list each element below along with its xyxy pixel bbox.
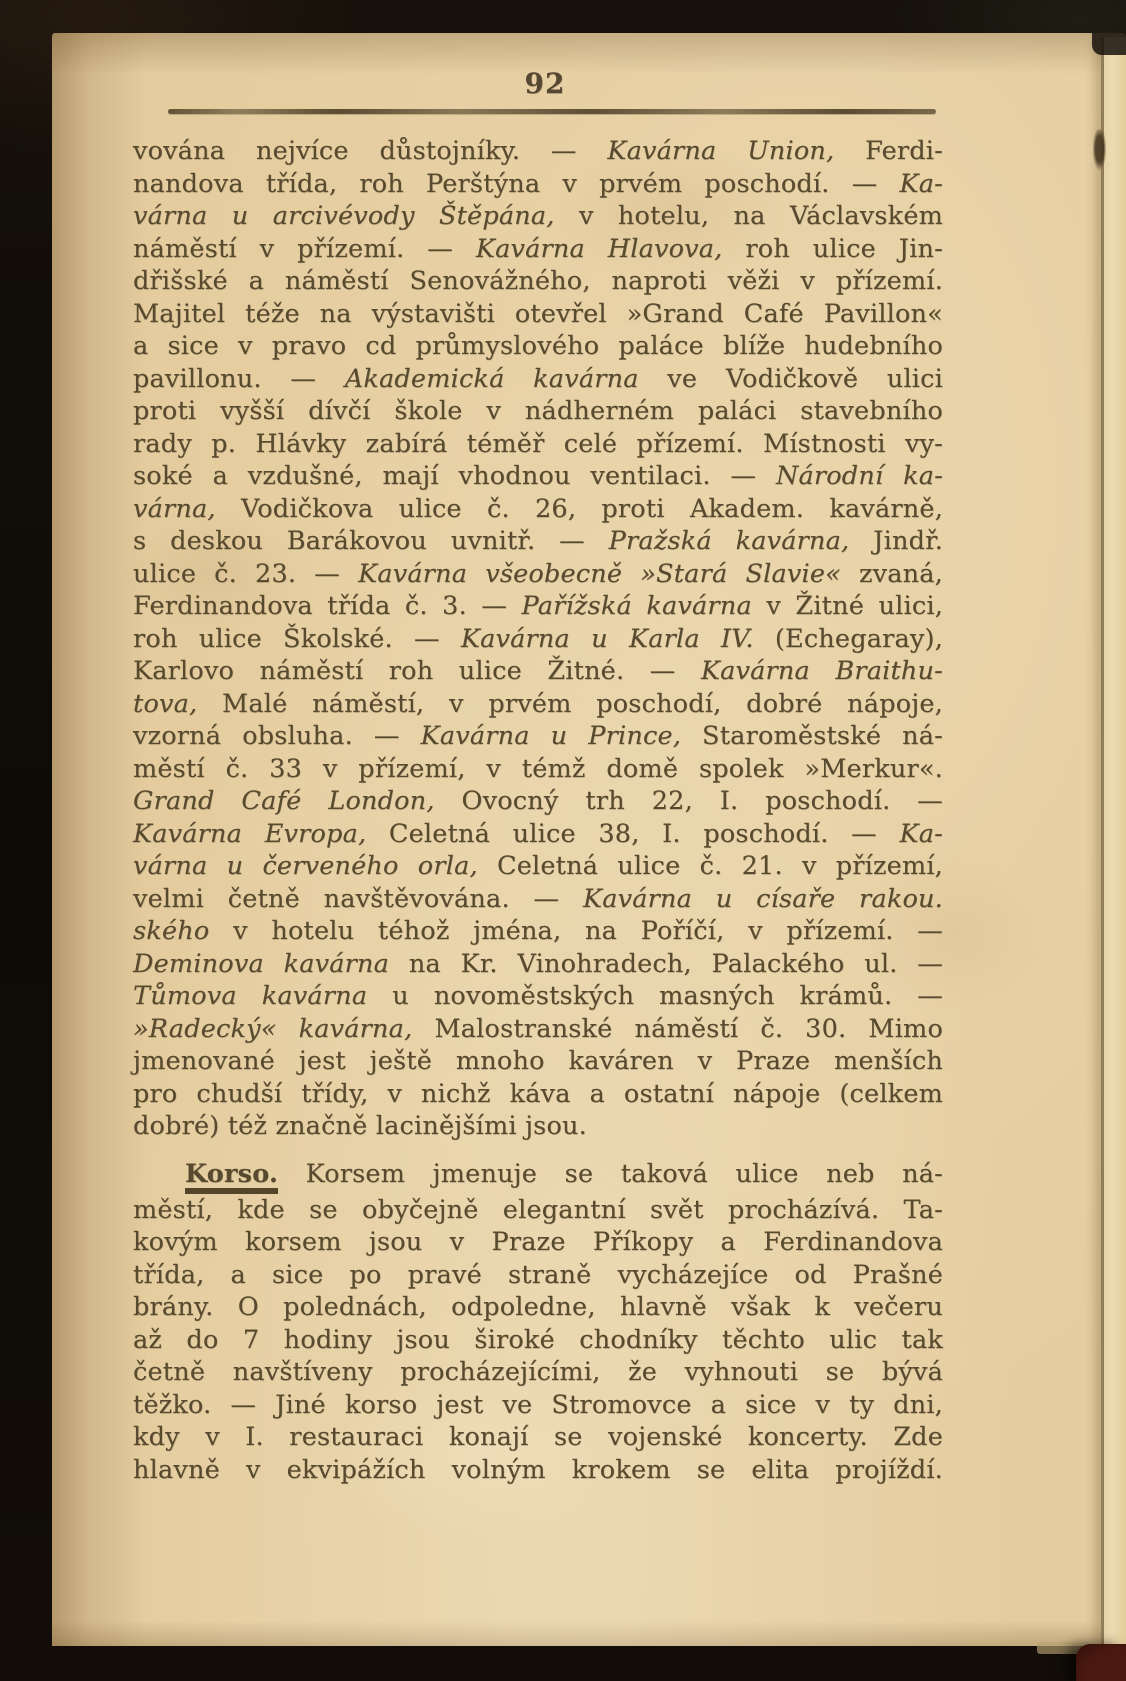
text-segment: nandova třída, roh Perštýna v prvém posc…	[133, 169, 900, 199]
text-line: Karlovo náměstí roh ulice Žitné. — Kavár…	[133, 655, 943, 688]
text-segment-i: Pařížská kavárna	[522, 591, 752, 621]
text-segment: městí č. 33 v přízemí, v témž domě spole…	[133, 754, 943, 784]
text-segment: Staroměstské ná-	[681, 721, 943, 751]
text-segment: Malé náměstí, v prvém poschodí, dobré ná…	[197, 689, 943, 719]
text-segment: Jindř.	[849, 526, 943, 556]
text-segment-i: Kavárna u Karla IV.	[461, 624, 754, 654]
text-segment: roh ulice Jin-	[722, 234, 943, 264]
text-block: vována nejvíce důstojníky. — Kavárna Uni…	[133, 135, 943, 1486]
text-segment: Malostranské náměstí č. 30. Mimo	[412, 1014, 943, 1044]
book-page: 92 vována nejvíce důstojníky. — Kavárna …	[52, 33, 1126, 1646]
text-segment-i: Kavárna Hlavova,	[476, 234, 723, 264]
text-segment: rady p. Hlávky zabírá téměř celé přízemí…	[133, 429, 943, 459]
text-segment: (Echegaray),	[754, 624, 943, 654]
text-segment: ulice č. 23. —	[133, 559, 358, 589]
text-segment-i: Kavárna u císaře rakou.	[583, 884, 943, 914]
text-segment: roh ulice Školské. —	[133, 624, 461, 654]
text-line: Kavárna Evropa, Celetná ulice 38, I. pos…	[133, 818, 943, 851]
text-line: pro chudší třídy, v nichž káva a ostatní…	[133, 1078, 943, 1111]
text-line: třída, a sice po pravé straně vycházejíc…	[133, 1259, 943, 1292]
text-line: soké a vzdušné, mají vhodnou ventilaci. …	[133, 460, 943, 493]
text-line: várna, Vodičkova ulice č. 26, proti Akad…	[133, 493, 943, 526]
page-edge	[1101, 37, 1126, 1646]
text-segment-i: Pražská kavárna,	[609, 526, 850, 556]
text-segment-i: Grand Café London,	[133, 786, 435, 816]
text-line: nandova třída, roh Perštýna v prvém posc…	[133, 168, 943, 201]
text-segment: Majitel téže na výstavišti otevřel »Gran…	[133, 299, 943, 329]
text-line: s deskou Barákovou uvnitř. — Pražská kav…	[133, 525, 943, 558]
text-segment: s deskou Barákovou uvnitř. —	[133, 526, 609, 556]
text-segment-i: Národní ka-	[776, 461, 943, 491]
text-segment: třída, a sice po pravé straně vycházejíc…	[133, 1260, 943, 1290]
text-segment: na Kr. Vinohradech, Palackého ul. —	[389, 949, 943, 979]
text-segment: pavillonu. —	[133, 364, 345, 394]
text-segment-i: Akademická kavárna	[345, 364, 639, 394]
text-line: várna u červeného orla, Celetná ulice č.…	[133, 850, 943, 883]
text-segment-bu: Korso.	[185, 1161, 278, 1194]
text-line: hlavně v ekvipážích volným krokem se eli…	[133, 1454, 943, 1487]
text-segment: v hotelu téhož jména, na Poříčí, v příze…	[209, 916, 943, 946]
text-segment: proti vyšší dívčí škole v nádherném palá…	[133, 396, 943, 426]
text-line: rady p. Hlávky zabírá téměř celé přízemí…	[133, 428, 943, 461]
text-segment-i: várna u červeného orla,	[133, 851, 478, 881]
scanned-book-photo: 92 vována nejvíce důstojníky. — Kavárna …	[0, 0, 1126, 1681]
text-segment-i: tova,	[133, 689, 197, 719]
text-line: četně navštíveny procházejícími, že vyhn…	[133, 1356, 943, 1389]
text-line: roh ulice Školské. — Kavárna u Karla IV.…	[133, 623, 943, 656]
text-segment-i: ského	[133, 916, 209, 946]
text-line: tova, Malé náměstí, v prvém poschodí, do…	[133, 688, 943, 721]
text-segment: brány. O polednách, odpoledne, hlavně vš…	[133, 1292, 943, 1322]
text-line: »Radecký« kavárna, Malostranské náměstí …	[133, 1013, 943, 1046]
page-number: 92	[133, 67, 943, 100]
header-rule	[168, 109, 936, 114]
text-segment: těžko. — Jiné korso jest ve Stromovce a …	[133, 1390, 943, 1420]
text-line: dřišské a náměstí Senovážného, naproti v…	[133, 265, 943, 298]
text-segment: dřišské a náměstí Senovážného, naproti v…	[133, 266, 943, 296]
text-line: a sice v pravo cd průmyslového paláce bl…	[133, 330, 943, 363]
text-segment: hlavně v ekvipážích volným krokem se eli…	[133, 1455, 943, 1485]
text-segment: ve Vodičkově ulici	[639, 364, 943, 394]
text-segment: u novoměstských masných krámů. —	[367, 981, 943, 1011]
text-segment: Celetná ulice č. 21. v přízemí,	[478, 851, 943, 881]
text-segment: vována nejvíce důstojníky. —	[133, 136, 607, 166]
text-line: městí č. 33 v přízemí, v témž domě spole…	[133, 753, 943, 786]
text-segment-i: Kavárna u Prince,	[421, 721, 682, 751]
text-segment-i: »Radecký« kavárna,	[133, 1014, 412, 1044]
text-line: kdy v I. restauraci konají se vojenské k…	[133, 1421, 943, 1454]
text-line: kovým korsem jsou v Praze Příkopy a Ferd…	[133, 1226, 943, 1259]
text-line: Majitel téže na výstavišti otevřel »Gran…	[133, 298, 943, 331]
text-segment: Ferdi-	[834, 136, 943, 166]
text-segment-i: Kavárna Union,	[607, 136, 834, 166]
text-segment-i: Ka-	[900, 169, 943, 199]
text-segment: soké a vzdušné, mají vhodnou ventilaci. …	[133, 461, 776, 491]
text-segment: Ovocný trh 22, I. poschodí. —	[435, 786, 943, 816]
text-segment: až do 7 hodiny jsou široké chodníky těch…	[133, 1325, 943, 1355]
text-line: těžko. — Jiné korso jest ve Stromovce a …	[133, 1389, 943, 1422]
text-segment: Karlovo náměstí roh ulice Žitné. —	[133, 656, 701, 686]
text-line: ského v hotelu téhož jména, na Poříčí, v…	[133, 915, 943, 948]
text-segment: četně navštíveny procházejícími, že vyhn…	[133, 1357, 943, 1387]
text-line: dobré) též značně lacinějšími jsou.	[133, 1110, 943, 1143]
text-segment: velmi četně navštěvována. —	[133, 884, 583, 914]
text-segment: Korsem jmenuje se taková ulice neb ná-	[278, 1159, 943, 1189]
text-line: ulice č. 23. — Kavárna všeobecně »Stará …	[133, 558, 943, 591]
text-segment-i: Kavárna Evropa,	[133, 819, 366, 849]
text-segment-i: várna u arcivévody Štěpána,	[133, 201, 555, 231]
text-segment-i: Kavárna Braithu-	[701, 656, 943, 686]
text-line: proti vyšší dívčí škole v nádherném palá…	[133, 395, 943, 428]
text-segment-i: várna,	[133, 494, 216, 524]
text-line: městí, kde se obyčejně elegantní svět pr…	[133, 1194, 943, 1227]
text-line: Deminova kavárna na Kr. Vinohradech, Pal…	[133, 948, 943, 981]
text-segment: v Žitné ulici,	[752, 591, 943, 621]
text-segment: jmenované jest ještě mnoho kaváren v Pra…	[133, 1046, 943, 1076]
text-segment: kdy v I. restauraci konají se vojenské k…	[133, 1422, 943, 1452]
text-segment: dobré) též značně lacinějšími jsou.	[133, 1111, 587, 1141]
text-line: pavillonu. — Akademická kavárna ve Vodič…	[133, 363, 943, 396]
text-segment: vzorná obsluha. —	[133, 721, 421, 751]
text-line: až do 7 hodiny jsou široké chodníky těch…	[133, 1324, 943, 1357]
text-segment-i: Kavárna všeobecně »Stará Slavie«	[358, 559, 841, 589]
text-line: Tůmova kavárna u novoměstských masných k…	[133, 980, 943, 1013]
text-segment: zvaná,	[841, 559, 943, 589]
text-line: vzorná obsluha. — Kavárna u Prince, Star…	[133, 720, 943, 753]
text-segment: pro chudší třídy, v nichž káva a ostatní…	[133, 1079, 943, 1109]
text-line: náměstí v přízemí. — Kavárna Hlavova, ro…	[133, 233, 943, 266]
text-segment-i: Deminova kavárna	[133, 949, 389, 979]
text-line: Korso. Korsem jmenuje se taková ulice ne…	[133, 1158, 943, 1194]
text-segment: Vodičkova ulice č. 26, proti Akadem. kav…	[216, 494, 943, 524]
top-right-shadow	[1092, 33, 1126, 55]
text-segment: Ferdinandova třída č. 3. —	[133, 591, 522, 621]
text-line: brány. O polednách, odpoledne, hlavně vš…	[133, 1291, 943, 1324]
text-segment: v hotelu, na Václavském	[555, 201, 943, 231]
bottom-right-corner-stain	[1076, 1644, 1126, 1681]
text-line: vována nejvíce důstojníky. — Kavárna Uni…	[133, 135, 943, 168]
paragraph-korso: Korso. Korsem jmenuje se taková ulice ne…	[133, 1158, 943, 1487]
paragraph-cafes: vována nejvíce důstojníky. — Kavárna Uni…	[133, 135, 943, 1143]
text-line: Ferdinandova třída č. 3. — Pařížská kavá…	[133, 590, 943, 623]
text-line: jmenované jest ještě mnoho kaváren v Pra…	[133, 1045, 943, 1078]
text-line: velmi četně navštěvována. — Kavárna u cí…	[133, 883, 943, 916]
text-line: Grand Café London, Ovocný trh 22, I. pos…	[133, 785, 943, 818]
text-segment-i: Tůmova kavárna	[133, 981, 367, 1011]
text-segment-i: Ka-	[900, 819, 943, 849]
page-edge-mark	[1093, 129, 1106, 179]
text-segment: městí, kde se obyčejně elegantní svět pr…	[133, 1195, 943, 1225]
text-segment: kovým korsem jsou v Praze Příkopy a Ferd…	[133, 1227, 943, 1257]
text-segment: Celetná ulice 38, I. poschodí. —	[366, 819, 899, 849]
text-segment: náměstí v přízemí. —	[133, 234, 476, 264]
text-line: várna u arcivévody Štěpána, v hotelu, na…	[133, 200, 943, 233]
text-segment: a sice v pravo cd průmyslového paláce bl…	[133, 331, 943, 361]
